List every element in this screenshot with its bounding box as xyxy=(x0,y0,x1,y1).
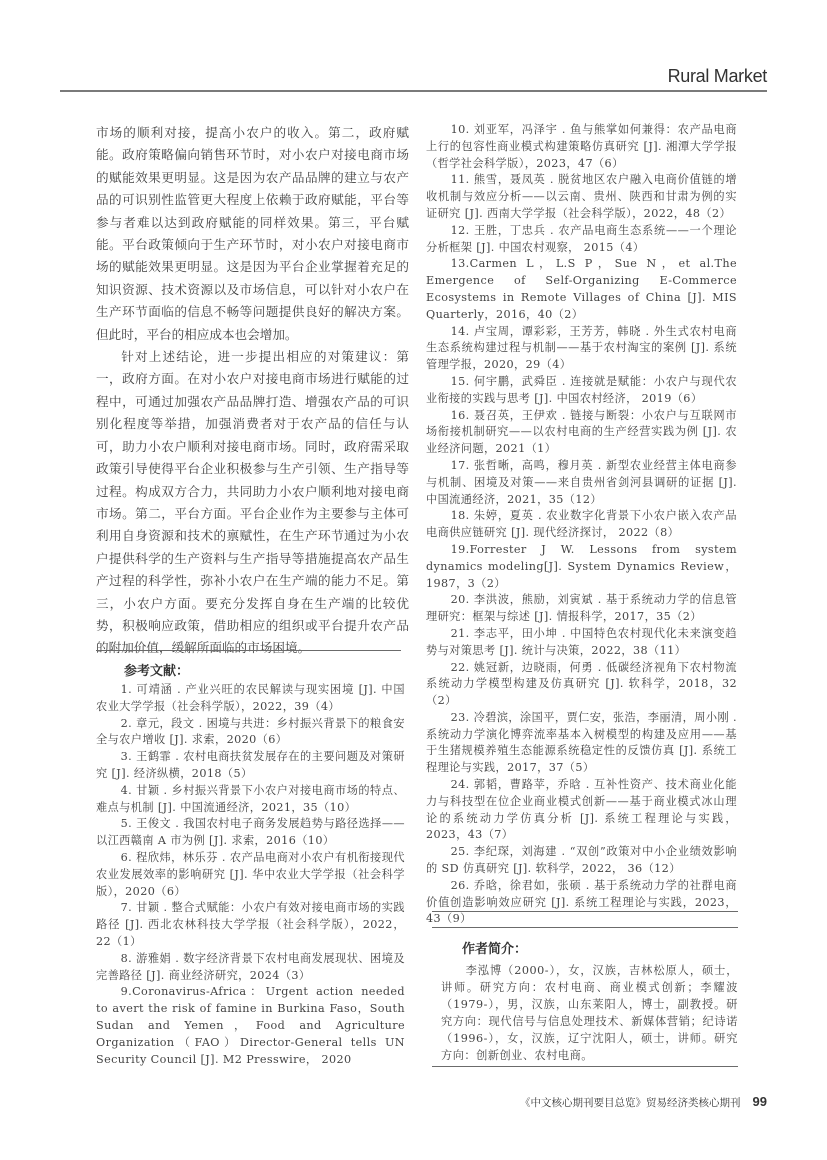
references-title: 参考文献： xyxy=(124,660,189,679)
reference-item: 17. 张哲晰，高鸣，穆月英 . 新型农业经营主体电商参与机制、困境及对策——来… xyxy=(426,458,737,508)
reference-item: 11. 熊雪，聂凤英 . 脱贫地区农户融入电商价值链的增收机制与效应分析——以云… xyxy=(426,172,737,222)
reference-item: 10. 刘亚军，冯泽宇 . 鱼与熊掌如何兼得：农产品电商上行的包容性商业模式构建… xyxy=(426,122,737,172)
reference-item: 8. 游雅娟 . 数字经济背景下农村电商发展现状、困境及完善路径 [J]. 商业… xyxy=(96,951,405,985)
author-bio-text: 李泓博（2000-），女，汉族，吉林松原人，硕士，讲师。研究方向：农村电商、商业… xyxy=(441,962,738,1064)
header-rule xyxy=(60,90,767,92)
reference-item: 20. 李洪波，熊励，刘寅斌 . 基于系统动力学的信息管理研究：框架与综述 [J… xyxy=(426,592,737,626)
reference-item: 4. 甘颖 . 乡村振兴背景下小农户对接电商市场的特点、难点与机制 [J]. 中… xyxy=(96,783,405,817)
body-paragraph: 市场的顺利对接，提高小农户的收入。第二，政府赋能。政府策略偏向销售环节时，对小农… xyxy=(96,122,409,346)
author-bio-title: 作者简介： xyxy=(462,938,527,957)
reference-item: 7. 甘颖 . 整合式赋能：小农户有效对接电商市场的实践路径 [J]. 西北农林… xyxy=(96,900,405,950)
references-list-right: 10. 刘亚军，冯泽宇 . 鱼与熊掌如何兼得：农产品电商上行的包容性商业模式构建… xyxy=(426,122,737,928)
reference-item: 15. 何宇鹏，武舜臣 . 连接就是赋能：小农户与现代农业衔接的实践与思考 [J… xyxy=(426,374,737,408)
body-paragraph: 针对上述结论，进一步提出相应的对策建议：第一，政府方面。在对小农户对接电商市场进… xyxy=(96,346,409,660)
reference-item: 18. 朱婷，夏英 . 农业数字化背景下小农户嵌入农产品电商供应链研究 [J].… xyxy=(426,508,737,542)
author-bio-rule xyxy=(432,927,738,928)
references-rule xyxy=(96,650,401,651)
reference-item: 25. 李纪琛，刘海建 . “双创”政策对中小企业绩效影响的 SD 仿真研究 [… xyxy=(426,844,737,878)
reference-item: 24. 郭韬，曹路苹，乔晗 . 互补性资产、技术商业化能力与科技型在位企业商业模… xyxy=(426,777,737,844)
reference-item: 21. 李志平，田小坤 . 中国特色农村现代化未来演变趋势与对策思考 [J]. … xyxy=(426,626,737,660)
page-footer: 《中文核心期刊要目总览》贸易经济类核心期刊99 xyxy=(520,1094,767,1110)
page-number: 99 xyxy=(753,1094,767,1109)
reference-item: 26. 乔晗，徐君如，张硕 . 基于系统动力学的社群电商价值创造影响效应研究 [… xyxy=(426,878,737,928)
reference-item: 12. 王胜，丁忠兵 . 农产品电商生态系统——一个理论分析框架 [J]. 中国… xyxy=(426,223,737,257)
references-list-left: 1. 可靖涵 . 产业兴旺的农民解读与现实困境 [J]. 中国农业大学学报（社会… xyxy=(96,682,405,1068)
reference-item: 19.Forrester J W. Lessons from system dy… xyxy=(426,542,737,592)
reference-item: 2. 章元，段文 . 困境与共进：乡村振兴背景下的粮食安全与农户增收 [J]. … xyxy=(96,716,405,750)
reference-item: 22. 姚冠新，边晓雨，何勇 . 低碳经济视角下农村物流系统动力学模型构建及仿真… xyxy=(426,660,737,710)
reference-item: 6. 程欣炜，林乐芬 . 农产品电商对小农户有机衔接现代农业发展效率的影响研究 … xyxy=(96,850,405,900)
author-bio-end-rule xyxy=(432,1066,738,1067)
reference-item: 3. 王鹤霏 . 农村电商扶贫发展存在的主要问题及对策研究 [J]. 经济纵横，… xyxy=(96,749,405,783)
reference-item: 13.Carmen L，L.S P，Sue N，et al.The Emerge… xyxy=(426,256,737,323)
reference-item: 16. 聂召英，王伊欢 . 链接与断裂：小农户与互联网市场衔接机制研究——以农村… xyxy=(426,408,737,458)
left-column: 市场的顺利对接，提高小农户的收入。第二，政府赋能。政府策略偏向销售环节时，对小农… xyxy=(96,122,409,660)
reference-item: 5. 王俊文 . 我国农村电子商务发展趋势与路径选择——以江西赣南 A 市为例 … xyxy=(96,816,405,850)
reference-item: 23. 冷碧滨，涂国平，贾仁安，张浩，李丽清，周小刚 . 系统动力学演化博弈流率… xyxy=(426,710,737,777)
reference-item: 1. 可靖涵 . 产业兴旺的农民解读与现实困境 [J]. 中国农业大学学报（社会… xyxy=(96,682,405,716)
journal-note: 《中文核心期刊要目总览》贸易经济类核心期刊 xyxy=(520,1097,741,1109)
running-header-section-title: Rural Market xyxy=(668,66,767,87)
author-bio: 李泓博（2000-），女，汉族，吉林松原人，硕士，讲师。研究方向：农村电商、商业… xyxy=(441,962,738,1064)
references-end-rule xyxy=(432,911,738,912)
reference-item: 9.Coronavirus-Africa：Urgent action neede… xyxy=(96,984,405,1068)
reference-item: 14. 卢宝周，谭彩彩，王芳芳，韩晓 . 外生式农村电商生态系统构建过程与机制—… xyxy=(426,324,737,374)
